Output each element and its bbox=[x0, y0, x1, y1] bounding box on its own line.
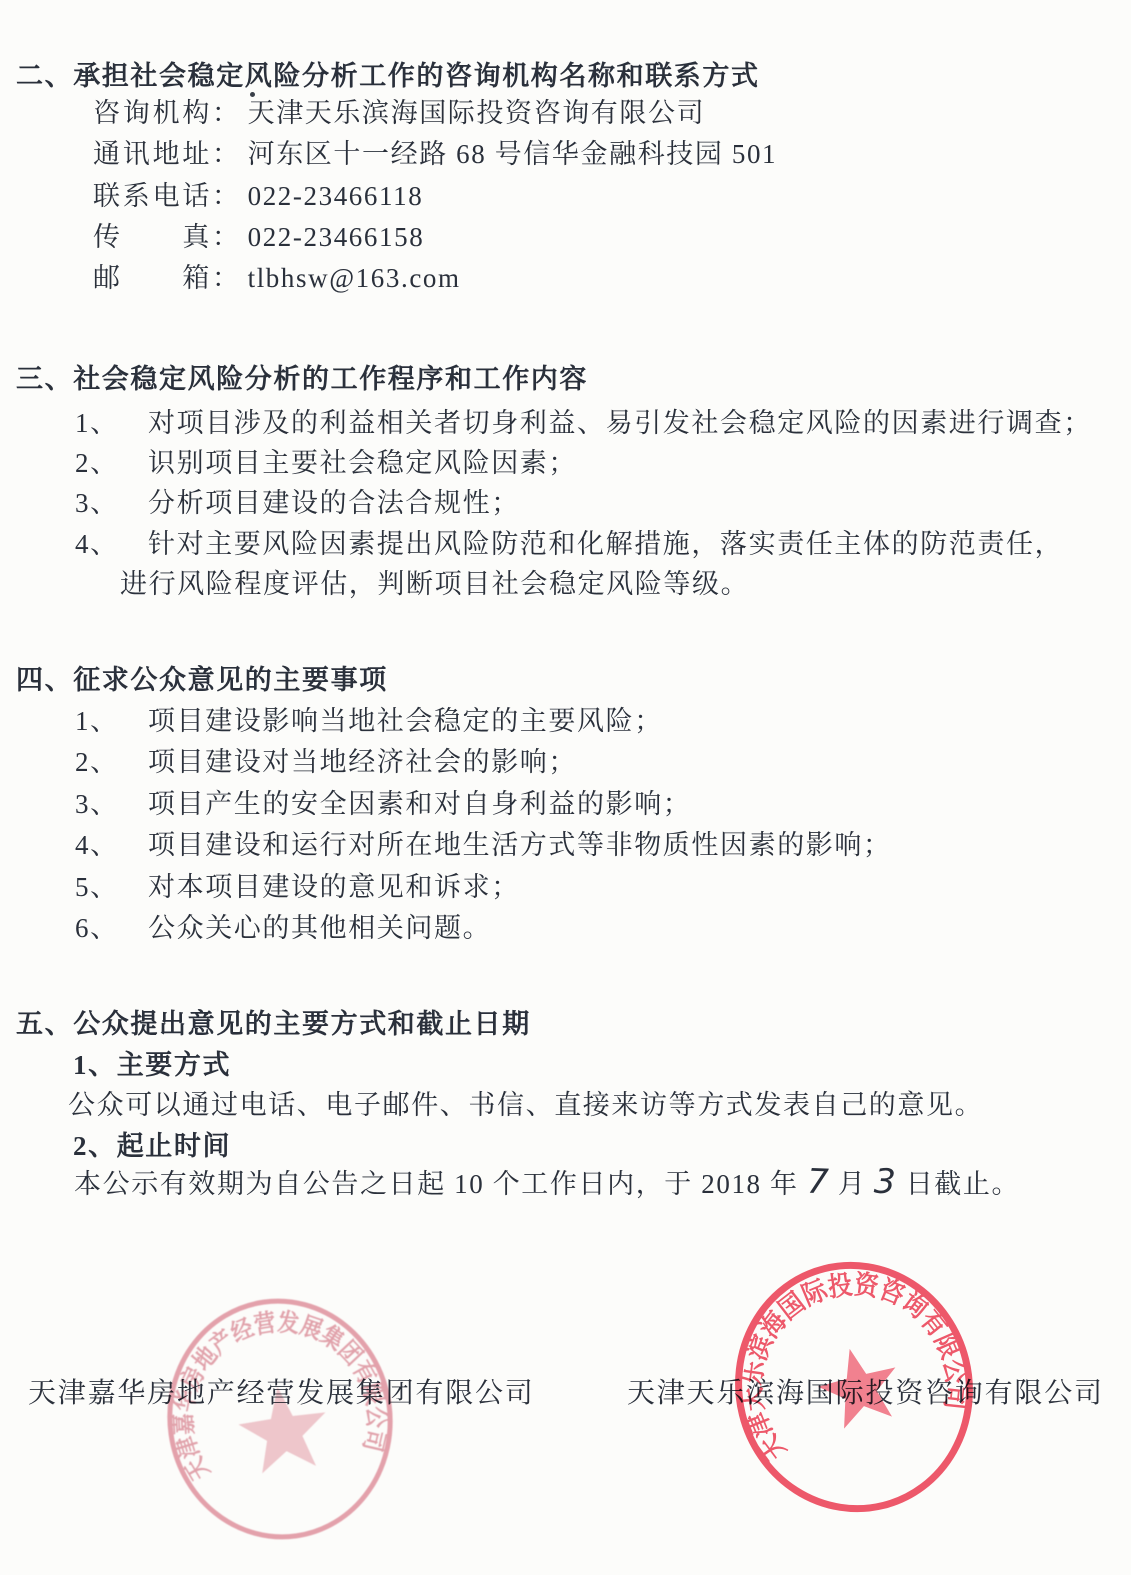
section-4-heading: 四、征求公众意见的主要事项 bbox=[16, 658, 388, 697]
contact-label: 邮箱 bbox=[93, 264, 211, 292]
item-text: 项目建设对当地经济社会的影响； bbox=[148, 740, 577, 779]
item-text: 公众关心的其他相关问题。 bbox=[148, 906, 491, 945]
list-item: 2、 项目建设对当地经济社会的影响； bbox=[75, 740, 892, 781]
contact-label: 通讯地址 bbox=[93, 140, 211, 168]
list-item: 2、 识别项目主要社会稳定风险因素； bbox=[75, 441, 1092, 481]
list-item-continuation: 进行风险程度评估，判断项目社会稳定风险等级。 bbox=[75, 562, 1092, 602]
section-5-para2: 本公示有效期为自公告之日起 10 个工作日内，于 2018 年7月3日截止。 bbox=[74, 1169, 1020, 1198]
section-5-heading: 五、公众提出意见的主要方式和截止日期 bbox=[16, 1002, 531, 1041]
contact-label: 传真 bbox=[93, 223, 211, 251]
list-item: 5、 对本项目建设的意见和诉求； bbox=[75, 865, 892, 906]
handwritten-month: 7 bbox=[806, 1169, 830, 1197]
list-item: 3、 项目产生的安全因素和对自身利益的影响； bbox=[75, 782, 892, 823]
list-item: 1、 对项目涉及的利益相关者切身利益、易引发社会稳定风险的因素进行调查； bbox=[75, 401, 1092, 441]
item-text: 项目建设影响当地社会稳定的主要风险； bbox=[148, 699, 663, 738]
section-3-list: 1、 对项目涉及的利益相关者切身利益、易引发社会稳定风险的因素进行调查； 2、 … bbox=[75, 401, 1092, 602]
item-number: 5、 bbox=[75, 865, 148, 904]
section-4-list: 1、 项目建设影响当地社会稳定的主要风险； 2、 项目建设对当地经济社会的影响；… bbox=[75, 699, 892, 947]
item-number: 1、 bbox=[75, 401, 148, 440]
section-5-sub1: 1、主要方式 bbox=[73, 1052, 231, 1079]
item-number: 2、 bbox=[75, 441, 148, 480]
item-number: 4、 bbox=[75, 522, 148, 561]
list-item: 4、 项目建设和运行对所在地生活方式等非物质性因素的影响； bbox=[75, 823, 892, 864]
contact-value: tlbhsw@163.com bbox=[248, 264, 461, 292]
contact-value: 天津天乐滨海国际投资咨询有限公司 bbox=[248, 99, 706, 127]
seal-ring bbox=[155, 1289, 405, 1549]
item-number: 4、 bbox=[75, 823, 148, 862]
item-number: 6、 bbox=[75, 906, 148, 945]
colon: ： bbox=[212, 140, 241, 168]
handwritten-day: 3 bbox=[874, 1169, 898, 1197]
item-text: 分析项目建设的合法合规性； bbox=[148, 481, 520, 520]
right-company-name: 天津天乐滨海国际投资咨询有限公司 bbox=[627, 1371, 1104, 1411]
contact-label: 联系电话 bbox=[93, 182, 211, 210]
item-number: 1、 bbox=[75, 699, 148, 738]
colon: ： bbox=[212, 99, 241, 127]
item-text: 针对主要风险因素提出风险防范和化解措施，落实责任主体的防范责任， bbox=[148, 522, 1063, 561]
stray-ink-dot bbox=[250, 92, 255, 97]
list-item: 6、 公众关心的其他相关问题。 bbox=[75, 906, 892, 947]
contact-row-email: 邮箱： tlbhsw@163.com bbox=[93, 264, 777, 305]
section-3-heading: 三、社会稳定风险分析的工作程序和工作内容 bbox=[16, 357, 588, 396]
section-2-heading: 二、承担社会稳定风险分析工作的咨询机构名称和联系方式 bbox=[16, 54, 760, 93]
item-text: 项目建设和运行对所在地生活方式等非物质性因素的影响； bbox=[148, 823, 892, 862]
section-5-para1: 公众可以通过电话、电子邮件、书信、直接来访等方式发表自己的意见。 bbox=[68, 1092, 983, 1119]
deadline-text-after: 日截止。 bbox=[906, 1169, 1020, 1199]
left-company-name: 天津嘉华房地产经营发展集团有限公司 bbox=[28, 1371, 535, 1411]
contact-value: 河东区十一经路 68 号信华金融科技园 501 bbox=[248, 140, 778, 168]
list-item: 4、 针对主要风险因素提出风险防范和化解措施，落实责任主体的防范责任， bbox=[75, 522, 1092, 562]
contact-block: 咨询机构： 天津天乐滨海国际投资咨询有限公司 通讯地址： 河东区十一经路 68 … bbox=[93, 99, 777, 305]
contact-row-fax: 传真： 022-23466158 bbox=[93, 223, 777, 264]
item-text: 进行风险程度评估，判断项目社会稳定风险等级。 bbox=[120, 562, 749, 601]
colon: ： bbox=[212, 182, 241, 210]
section-5-sub2: 2、起止时间 bbox=[73, 1133, 231, 1160]
seal-arc-text: 天津天乐滨海国际投资咨询有限公司 bbox=[729, 1254, 979, 1470]
contact-row-phone: 联系电话： 022-23466118 bbox=[93, 182, 777, 223]
item-text: 对本项目建设的意见和诉求； bbox=[148, 865, 520, 904]
deadline-text-before: 本公示有效期为自公告之日起 10 个工作日内，于 2018 年 bbox=[74, 1169, 799, 1199]
contact-row-agency: 咨询机构： 天津天乐滨海国际投资咨询有限公司 bbox=[93, 99, 777, 140]
month-char: 月 bbox=[838, 1169, 867, 1199]
contact-label: 咨询机构 bbox=[93, 99, 211, 127]
colon: ： bbox=[212, 264, 241, 292]
list-item: 1、 项目建设影响当地社会稳定的主要风险； bbox=[75, 699, 892, 740]
list-item: 3、 分析项目建设的合法合规性； bbox=[75, 481, 1092, 521]
item-text: 项目产生的安全因素和对自身利益的影响； bbox=[148, 782, 691, 821]
contact-row-address: 通讯地址： 河东区十一经路 68 号信华金融科技园 501 bbox=[93, 140, 777, 181]
contact-value: 022-23466118 bbox=[248, 182, 424, 210]
item-number: 3、 bbox=[75, 481, 148, 520]
left-company-seal: 天津嘉华房地产经营发展集团有限公司 bbox=[155, 1289, 405, 1549]
contact-value: 022-23466158 bbox=[248, 223, 425, 251]
item-number: 3、 bbox=[75, 782, 148, 821]
item-number: 2、 bbox=[75, 740, 148, 779]
colon: ： bbox=[212, 223, 241, 251]
item-text: 对项目涉及的利益相关者切身利益、易引发社会稳定风险的因素进行调查； bbox=[148, 401, 1092, 440]
item-text: 识别项目主要社会稳定风险因素； bbox=[148, 441, 577, 480]
